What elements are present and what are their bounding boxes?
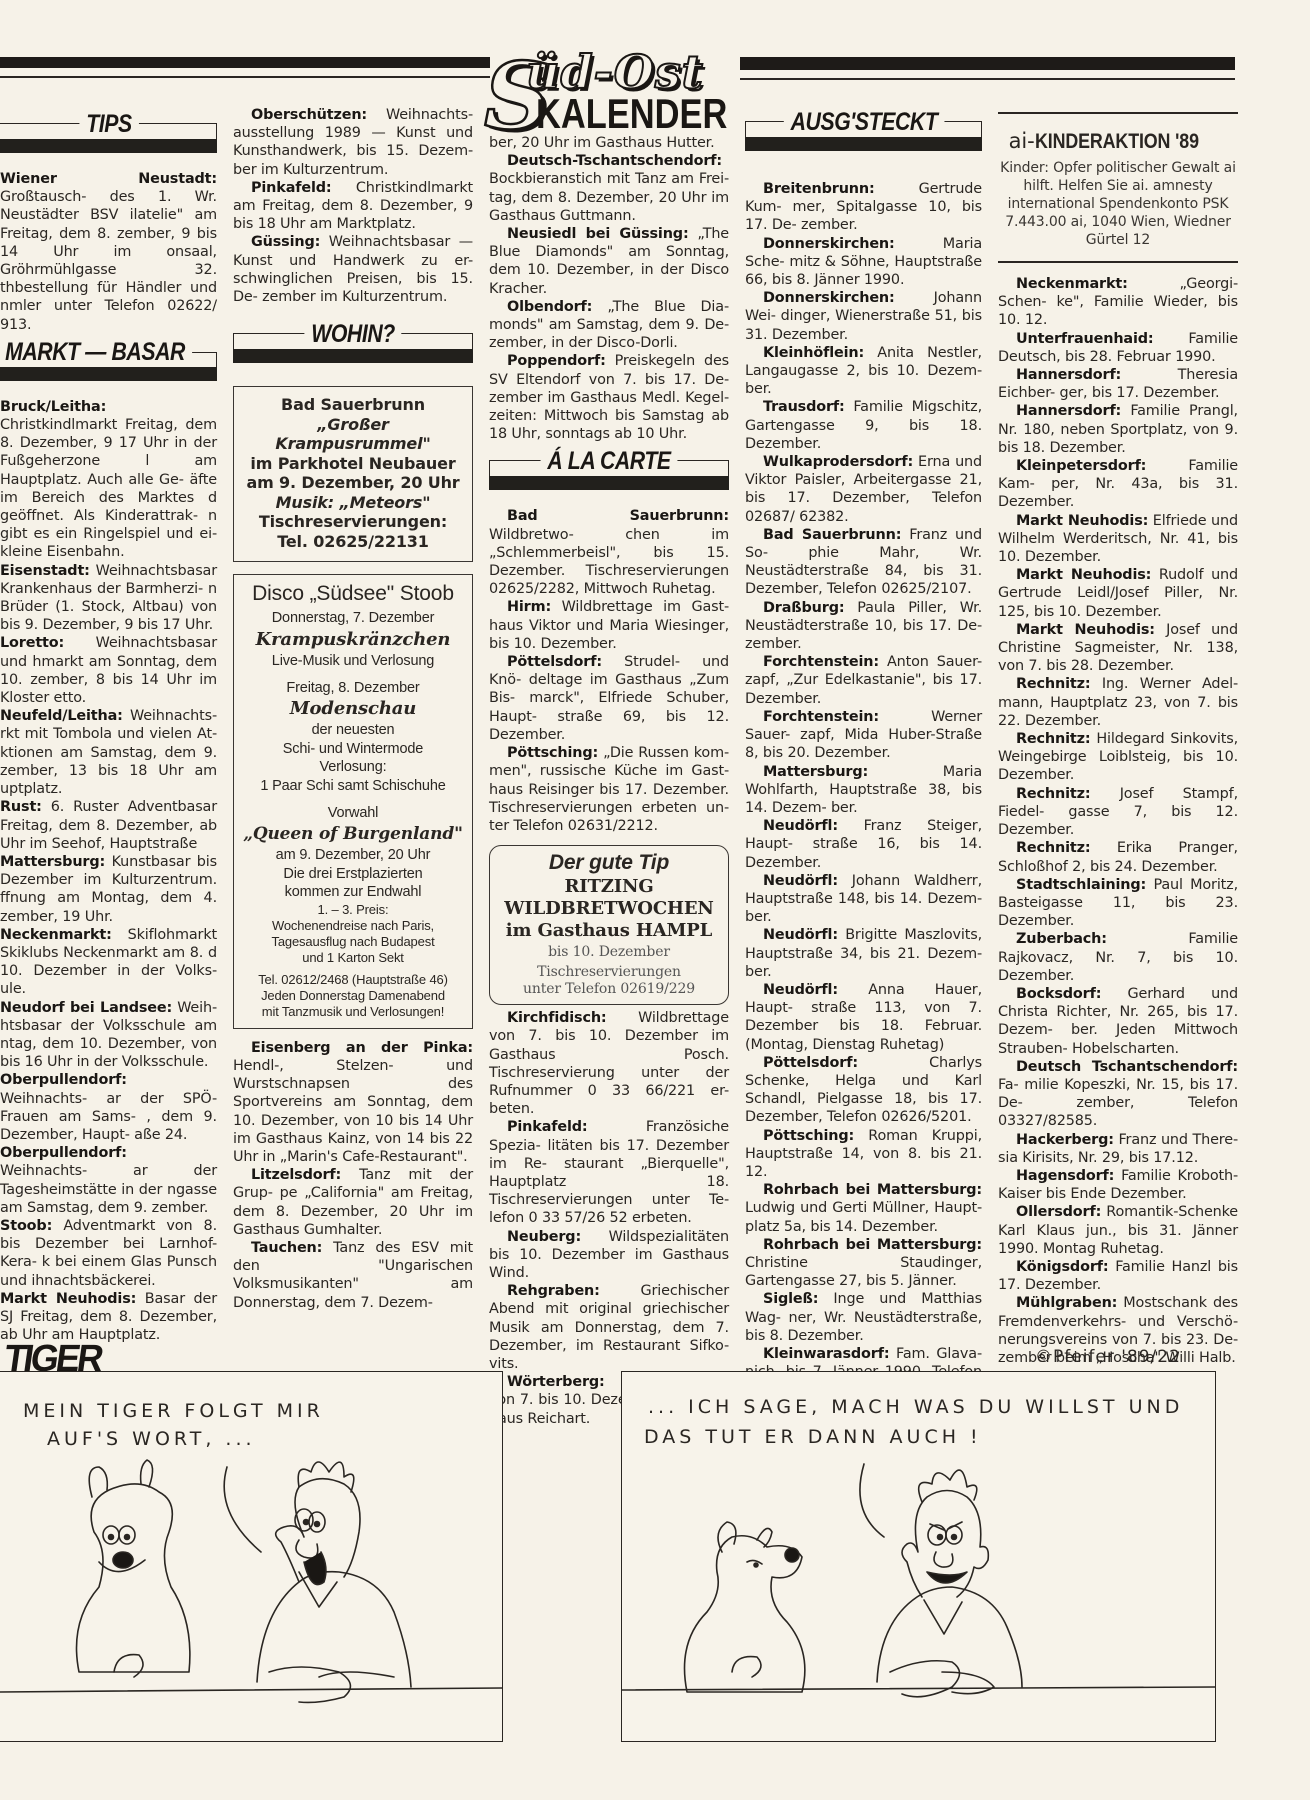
entry-text: Hendl-, Stelzen- und Wurstschnapsen des … — [233, 1058, 473, 1165]
top-rule-right-thin — [740, 78, 1235, 80]
list-item: Bad Sauerbrunn: Wildbretwo- chen im „Sch… — [489, 507, 729, 598]
list-item: Kirchfidisch: Wildbrettage von 7. bis 10… — [489, 1009, 729, 1118]
place-name: Neudörfl: — [763, 982, 838, 998]
place-name: Königsdorf: — [1016, 1259, 1108, 1275]
place-name: Hannersdorf: — [1016, 403, 1121, 419]
list-item: Pöttsching: „Die Russen kom- men", russi… — [489, 744, 729, 835]
place-name: Sigleß: — [763, 1291, 818, 1307]
comic-panel-1: MEIN TIGER FOLGT MIR AUF'S WORT, ... — [0, 1371, 503, 1742]
comic-drawing-2 — [622, 1372, 1215, 1741]
list-item: Forchtenstein: Anton Sauer- zapf, „Zur E… — [745, 653, 982, 708]
entry-text: Christine Staudinger, Gartengasse 27, bi… — [745, 1255, 982, 1289]
place-name: Pöttelsdorf: — [507, 654, 602, 670]
place-name: Mattersburg: — [0, 854, 105, 870]
entry-text: Wildbrettage von 7. bis 10. Dezember im … — [489, 1010, 729, 1117]
list-item: Kleinhöflein: Anita Nestler, Langaugasse… — [745, 344, 982, 399]
place-name: Kleinwarasdorf: — [763, 1346, 889, 1362]
section-header-tips: TIPS — [0, 110, 217, 160]
tips-list: Wiener Neustadt: Großtausch- des 1. Wr. … — [0, 170, 217, 334]
list-item: Pöttsching: Roman Kruppi, Hauptstraße 14… — [745, 1127, 982, 1182]
place-name: Neuberg: — [507, 1229, 581, 1245]
column-ai-kinderaktion: ai-KINDERAKTION '89 Kinder: Opfer politi… — [998, 112, 1238, 1367]
place-name: Draßburg: — [763, 600, 844, 616]
markt-list: Bruck/Leitha: Christkindlmarkt Freitag, … — [0, 398, 217, 1345]
list-item: Pöttelsdorf: Charlys Schenke, Helga und … — [745, 1054, 982, 1127]
list-item: Markt Neuhodis: Josef und Christine Sagm… — [998, 621, 1238, 676]
place-name: Deutsch Tschantschendorf: — [1016, 1059, 1238, 1075]
list-item: Neckenmarkt: „Georgi-Schen- ke", Familie… — [998, 275, 1238, 330]
top-rule-left-thin — [0, 76, 490, 78]
place-name: Hagensdorf: — [1016, 1168, 1114, 1184]
list-item: Hackerberg: Franz und There- sia Kirisit… — [998, 1131, 1238, 1167]
place-name: Bocksdorf: — [1016, 986, 1101, 1002]
events-bottom-list: Eisenberg an der Pinka: Hendl-, Stelzen-… — [233, 1039, 473, 1312]
entry-text: Ludwig und Gerti Müllner, Haupt- platz 5… — [745, 1200, 982, 1234]
list-item: Eisenstadt: Weihnachtsbasar Krankenhaus … — [0, 562, 217, 635]
place-name: Rechnitz: — [1016, 676, 1090, 692]
list-item: Tauchen: Tanz des ESV mit den "Ungarisch… — [233, 1239, 473, 1312]
list-item: Kleinpetersdorf: Familie Kam- per, Nr. 4… — [998, 457, 1238, 512]
section-header-markt-basar: MARKT — BASAR — [0, 338, 217, 388]
entry-text: Französiche Spezia- litäten bis 17. Deze… — [489, 1119, 729, 1226]
list-item: Bad Sauerbrunn: Franz und So- phie Mahr,… — [745, 526, 982, 599]
list-item: Bocksdorf: Gerhard und Christa Richter, … — [998, 985, 1238, 1058]
place-name: Güssing: — [251, 234, 320, 250]
column-tips-markt: TIPS Wiener Neustadt: Großtausch- des 1.… — [0, 110, 217, 1344]
place-name: Pinkafeld: — [507, 1119, 588, 1135]
place-name: Kleinhöflein: — [763, 345, 864, 361]
place-name: Markt Neuhodis: — [0, 1291, 136, 1307]
place-name: Hirm: — [507, 599, 551, 615]
list-item: Oberpullendorf: Weihnachts- ar der SPÖ-F… — [0, 1071, 217, 1144]
place-name: Oberschützen: — [251, 107, 367, 123]
list-item: Loretto: Weihnachtsbasar und hmarkt am S… — [0, 634, 217, 707]
list-item: Unterfrauenhaid: Familie Deutsch, bis 28… — [998, 330, 1238, 366]
place-name: Mattersburg: — [763, 764, 868, 780]
place-name: Wulkaprodersdorf: — [763, 454, 913, 470]
ad-der-gute-tip: Der gute Tip RITZING WILDBRETWOCHEN im G… — [489, 845, 729, 1005]
place-name: Forchtenstein: — [763, 709, 879, 725]
place-name: Litzelsdorf: — [251, 1167, 341, 1183]
continued-text: ber, 20 Uhr im Gasthaus Hutter. — [489, 134, 729, 152]
list-item: Pinkafeld: Französiche Spezia- litäten b… — [489, 1118, 729, 1227]
place-name: Oberpullendorf: — [0, 1072, 127, 1088]
a-la-carte-list: Bad Sauerbrunn: Wildbretwo- chen im „Sch… — [489, 507, 729, 835]
list-item: Bruck/Leitha: Christkindlmarkt Freitag, … — [0, 398, 217, 562]
masthead-kalender: KALENDER — [536, 92, 727, 136]
place-name: Stadtschlaining: — [1016, 877, 1146, 893]
place-name: Neckenmarkt: — [0, 927, 112, 943]
list-item: Neusiedl bei Güssing: „The Blue Diamonds… — [489, 225, 729, 298]
list-item: Olbendorf: „The Blue Dia- monds" am Sams… — [489, 298, 729, 353]
list-item: Hannersdorf: Theresia Eichber- ger, bis … — [998, 366, 1238, 402]
events-kalender-list: Deutsch-Tschantschendorf: Bockbieranstic… — [489, 152, 729, 443]
list-item: Neudorf bei Landsee: Weih- htsbasar der … — [0, 999, 217, 1072]
list-item: Ollersdorf: Romantik-Schenke Karl Klaus … — [998, 1203, 1238, 1258]
masthead: S üd-Ost KALENDER — [488, 50, 738, 140]
place-name: Poppendorf: — [507, 353, 606, 369]
list-item: Rehgraben: Griechischer Abend mit origin… — [489, 1282, 729, 1373]
place-name: Eisenstadt: — [0, 563, 90, 579]
list-item: Litzelsdorf: Tanz mit der Grup- pe „Cali… — [233, 1166, 473, 1239]
entry-text: Christkindlmarkt Freitag, dem 8. Dezembe… — [0, 417, 217, 560]
place-name: Pöttelsdorf: — [763, 1055, 858, 1071]
place-name: Markt Neuhodis: — [1016, 513, 1148, 529]
masthead-sued-ost: üd-Ost — [526, 48, 704, 96]
list-item: Hagensdorf: Familie Kroboth- Kaiser bis … — [998, 1167, 1238, 1203]
list-item: Güssing: Weihnachtsbasar — Kunst und Han… — [233, 233, 473, 306]
list-item: Hannersdorf: Familie Prangl, Nr. 180, ne… — [998, 402, 1238, 457]
list-item: Wulkaprodersdorf: Erna und Viktor Paisle… — [745, 453, 982, 526]
ad-disco-suedsee: Disco „Südsee" Stoob Donnerstag, 7. Deze… — [233, 574, 473, 1028]
list-item: Donnerskirchen: Johann Wei- dinger, Wien… — [745, 289, 982, 344]
list-item: Deutsch Tschantschendorf: Fa- milie Kope… — [998, 1058, 1238, 1131]
place-name: Bad Sauerbrunn: — [763, 527, 901, 543]
entry-text: Fa- milie Kopeszki, Nr. 15, bis 17. De- … — [998, 1077, 1238, 1129]
list-item: Trausdorf: Familie Migschitz, Gartengass… — [745, 398, 982, 453]
top-rule-left-thick — [0, 57, 490, 68]
list-item: Hirm: Wildbrettage im Gast- haus Viktor … — [489, 598, 729, 653]
place-name: Rechnitz: — [1016, 786, 1090, 802]
entry-text: Weihnachts- ar der SPÖ-Frauen am Sams- ,… — [0, 1091, 217, 1143]
place-name: Rehgraben: — [507, 1283, 600, 1299]
place-name: Bruck/Leitha: — [0, 399, 106, 415]
place-name: Mühlgraben: — [1016, 1295, 1117, 1311]
ai-kinderaktion-box: ai-KINDERAKTION '89 Kinder: Opfer politi… — [998, 114, 1238, 261]
list-item: Zuberbach: Familie Rajkovacz, Nr. 7, bis… — [998, 930, 1238, 985]
entry-text: Weihnachts- ar der Tagesheimstätte in de… — [0, 1163, 217, 1215]
place-name: Neckenmarkt: — [1016, 276, 1128, 292]
ai-box-bottom-rule — [998, 261, 1238, 263]
column-ausgsteckt: AUSG'STECKT Breitenbrunn: Gertrude Kum- … — [745, 108, 982, 1400]
list-item: Markt Neuhodis: Rudolf und Gertrude Leid… — [998, 566, 1238, 621]
place-name: Markt Neuhodis: — [1016, 622, 1155, 638]
list-item: Wiener Neustadt: Großtausch- des 1. Wr. … — [0, 170, 217, 334]
list-item: Eisenberg an der Pinka: Hendl-, Stelzen-… — [233, 1039, 473, 1166]
dog-body — [77, 1484, 190, 1672]
column-wohin: Oberschützen: Weihnachts- ausstellung 19… — [233, 106, 473, 1312]
place-name: Tauchen: — [251, 1240, 322, 1256]
place-name: Pöttsching: — [507, 745, 598, 761]
section-header-wohin: WOHIN? — [233, 320, 473, 370]
place-name: Forchtenstein: — [763, 654, 879, 670]
place-name: Hackerberg: — [1016, 1132, 1114, 1148]
place-name: Wiener Neustadt: — [0, 171, 217, 187]
list-item: Rechnitz: Ing. Werner Adel- mann, Hauptp… — [998, 675, 1238, 730]
list-item: Rechnitz: Josef Stampf, Fiedel- gasse 7,… — [998, 785, 1238, 840]
list-item: Königsdorf: Familie Hanzl bis 17. Dezemb… — [998, 1258, 1238, 1294]
list-item: Draßburg: Paula Piller, Wr. Neustädterst… — [745, 599, 982, 654]
place-name: Donnerskirchen: — [763, 236, 895, 252]
section-header-ausgsteckt: AUSG'STECKT — [745, 108, 982, 158]
comic-panel-2: ... ICH SAGE, MACH WAS DU WILLST UND DAS… — [621, 1371, 1216, 1742]
place-name: Oberpullendorf: — [0, 1145, 127, 1161]
comic-credit: ©Pfeifer '89/22 — [1035, 1347, 1181, 1367]
place-name: Rechnitz: — [1016, 840, 1090, 856]
list-item: Donnerskirchen: Maria Sche- mitz & Söhne… — [745, 235, 982, 290]
place-name: Eisenberg an der Pinka: — [251, 1040, 473, 1056]
list-item: Stoob: Adventmarkt von 8. bis Dezember b… — [0, 1217, 217, 1290]
place-name: Neudorf bei Landsee: — [0, 1000, 172, 1016]
place-name: Olbendorf: — [507, 299, 592, 315]
place-name: Pinkafeld: — [251, 180, 332, 196]
place-name: Zuberbach: — [1016, 931, 1107, 947]
list-item: Neudörfl: Brigitte Maszlovits, Hauptstra… — [745, 926, 982, 981]
list-item: Sigleß: Inge und Matthias Wag- ner, Wr. … — [745, 1290, 982, 1345]
place-name: Markt Neuhodis: — [1016, 567, 1151, 583]
place-name: Neusiedl bei Güssing: — [507, 226, 689, 242]
place-name: Neudörfl: — [763, 873, 838, 889]
list-item: Rohrbach bei Mattersburg: Christine Stau… — [745, 1236, 982, 1291]
list-item: Poppendorf: Preiskegeln des SV Eltendorf… — [489, 352, 729, 443]
list-item: Markt Neuhodis: Elfriede und Wilhelm Wer… — [998, 512, 1238, 567]
place-name: Kirchfidisch: — [507, 1010, 607, 1026]
list-item: Forchtenstein: Werner Sauer- zapf, Mida … — [745, 708, 982, 763]
place-name: Loretto: — [0, 635, 64, 651]
place-name: Unterfrauenhaid: — [1016, 331, 1154, 347]
list-item: Deutsch-Tschantschendorf: Bockbieranstic… — [489, 152, 729, 225]
place-name: Hannersdorf: — [1016, 367, 1121, 383]
list-item: Rust: 6. Ruster Adventbasar Freitag, dem… — [0, 798, 217, 853]
list-item: Mattersburg: Kunstbasar bis Dezember im … — [0, 853, 217, 926]
entry-text: Großtausch- des 1. Wr. Neustädter BSV il… — [0, 189, 217, 332]
list-item: Breitenbrunn: Gertrude Kum- mer, Spitalg… — [745, 180, 982, 235]
list-item: Pinkafeld: Christkindlmarkt am Freitag, … — [233, 179, 473, 234]
place-name: Pöttsching: — [763, 1128, 854, 1144]
list-item: Oberpullendorf: Weihnachts- ar der Tages… — [0, 1144, 217, 1217]
ad-bad-sauerbrunn: Bad Sauerbrunn „Großer Krampusrummel" im… — [233, 386, 473, 562]
list-item: Neckenmarkt: Skiflohmarkt Skiklubs Necke… — [0, 926, 217, 999]
list-item: Neuberg: Wildspezialitäten bis 10. Dezem… — [489, 1228, 729, 1283]
place-name: Neudörfl: — [763, 818, 838, 834]
place-name: Kleinpetersdorf: — [1016, 458, 1146, 474]
list-item: Rechnitz: Erika Pranger, Schloßhof 2, bi… — [998, 839, 1238, 875]
place-name: Donnerskirchen: — [763, 290, 895, 306]
column-kalender: ber, 20 Uhr im Gasthaus Hutter. Deutsch-… — [489, 134, 729, 1428]
place-name: Rohrbach bei Mattersburg: — [763, 1237, 982, 1253]
list-item: Stadtschlaining: Paul Moritz, Basteigass… — [998, 876, 1238, 931]
place-name: Neufeld/Leitha: — [0, 708, 123, 724]
a-la-carte-list-2: Kirchfidisch: Wildbrettage von 7. bis 10… — [489, 1009, 729, 1428]
comic-drawing-1 — [0, 1372, 502, 1741]
place-name: Rohrbach bei Mattersburg: — [763, 1182, 982, 1198]
events-top-list: Oberschützen: Weihnachts- ausstellung 19… — [233, 106, 473, 306]
ausgsteckt-list-2: Neckenmarkt: „Georgi-Schen- ke", Familie… — [998, 275, 1238, 1367]
place-name: Stoob: — [0, 1218, 52, 1234]
place-name: Bad Sauerbrunn: — [507, 508, 729, 524]
entry-text: Wildbretwo- chen im „Schlemmerbeisl", bi… — [489, 527, 729, 598]
place-name: Breitenbrunn: — [763, 181, 875, 197]
place-name: Trausdorf: — [763, 399, 845, 415]
list-item: Neufeld/Leitha: Weihnachts- rkt mit Tomb… — [0, 707, 217, 798]
list-item: Rechnitz: Hildegard Sinkovits, Weingebir… — [998, 730, 1238, 785]
list-item: Rohrbach bei Mattersburg: Ludwig und Ger… — [745, 1181, 982, 1236]
list-item: Markt Neuhodis: Basar der SJ Freitag, de… — [0, 1290, 217, 1345]
top-rule-right-thick — [740, 57, 1235, 70]
list-item: Neudörfl: Franz Steiger, Haupt- straße 1… — [745, 817, 982, 872]
list-item: Pöttelsdorf: Strudel- und Knö- deltage i… — [489, 653, 729, 744]
place-name: Deutsch-Tschantschendorf: — [507, 153, 722, 169]
place-name: Wörterberg: — [507, 1374, 605, 1390]
list-item: Mattersburg: Maria Wohlfarth, Hauptstraß… — [745, 763, 982, 818]
place-name: Rechnitz: — [1016, 731, 1090, 747]
place-name: Rust: — [0, 799, 42, 815]
section-header-a-la-carte: Á LA CARTE — [489, 447, 729, 497]
ausgsteckt-list: Breitenbrunn: Gertrude Kum- mer, Spitalg… — [745, 180, 982, 1400]
place-name: Ollersdorf: — [1016, 1204, 1101, 1220]
list-item: Neudörfl: Anna Hauer, Haupt- straße 113,… — [745, 981, 982, 1054]
entry-text: Bockbieranstich mit Tanz am Frei- tag, d… — [489, 171, 729, 223]
place-name: Neudörfl: — [763, 927, 838, 943]
list-item: Oberschützen: Weihnachts- ausstellung 19… — [233, 106, 473, 179]
list-item: Neudörfl: Johann Waldherr, Hauptstraße 1… — [745, 872, 982, 927]
